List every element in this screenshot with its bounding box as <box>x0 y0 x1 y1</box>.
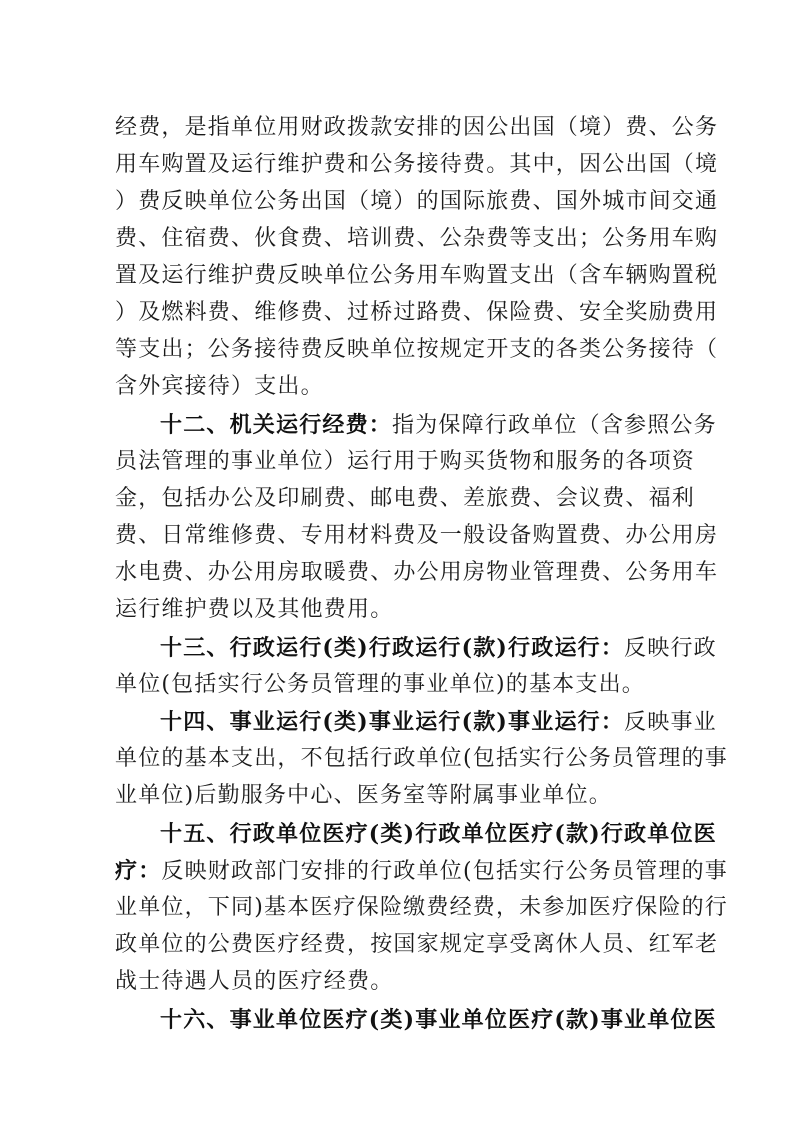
text-line: 业单位)后勤服务中心、医务室等附属事业单位。 <box>115 781 690 811</box>
text-line: 水电费、办公用房取暖费、办公用房物业管理费、公务用车 <box>115 558 690 588</box>
paragraph-first-line: 十三、行政运行(类)行政运行(款)行政运行：反映行政 <box>160 633 690 664</box>
text-line: 员法管理的事业单位）运行用于购买货物和服务的各项资 <box>115 447 690 477</box>
text-line: 疗：反映财政部门安排的行政单位(包括实行公务员管理的事 <box>115 856 690 887</box>
section-heading: 十六、事业单位医疗(类)事业单位医疗(款)事业单位医 <box>160 1007 717 1033</box>
document-page: 经费，是指单位用财政拨款安排的因公出国（境）费、公务 用车购置及运行维护费和公务… <box>0 0 793 1122</box>
text-line: ）及燃料费、维修费、过桥过路费、保险费、安全奖励费用 <box>115 298 690 328</box>
text-line: 经费，是指单位用财政拨款安排的因公出国（境）费、公务 <box>115 113 690 143</box>
text-line: 业单位，下同)基本医疗保险缴费经费，未参加医疗保险的行 <box>115 893 690 923</box>
text-line: 战士待遇人员的医疗经费。 <box>115 967 690 997</box>
text-line: 费、日常维修费、专用材料费及一般设备购置费、办公用房 <box>115 521 690 551</box>
paragraph-first-line: 十二、机关运行经费：指为保障行政单位（含参照公务 <box>160 410 690 441</box>
text-line: 含外宾接待）支出。 <box>115 372 690 402</box>
text-line: 政单位的公费医疗经费，按国家规定享受离休人员、红军老 <box>115 930 690 960</box>
text-line: 金，包括办公及印刷费、邮电费、差旅费、会议费、福利 <box>115 484 690 514</box>
text-line: 单位的基本支出，不包括行政单位(包括实行公务员管理的事 <box>115 744 690 774</box>
section-heading-continued: 疗： <box>115 858 161 884</box>
text-line: 等支出；公务接待费反映单位按规定开支的各类公务接待（ <box>115 335 690 365</box>
section-heading: 十三、行政运行(类)行政运行(款)行政运行： <box>160 635 624 661</box>
text-line: 单位(包括实行公务员管理的事业单位)的基本支出。 <box>115 670 690 700</box>
text-line: 运行维护费以及其他费用。 <box>115 595 690 625</box>
text-line: 费、住宿费、伙食费、培训费、公杂费等支出；公务用车购 <box>115 224 690 254</box>
text-span: 反映事业 <box>624 710 717 735</box>
text-line: ）费反映单位公务出国（境）的国际旅费、国外城市间交通 <box>115 187 690 217</box>
text-span: 指为保障行政单位（含参照公务 <box>392 413 717 438</box>
paragraph-first-line: 十四、事业运行(类)事业运行(款)事业运行：反映事业 <box>160 707 690 738</box>
text-span: 反映财政部门安排的行政单位(包括实行公务员管理的事 <box>161 859 728 884</box>
section-heading: 十二、机关运行经费： <box>160 412 392 438</box>
paragraph-first-line: 十五、行政单位医疗(类)行政单位医疗(款)行政单位医 <box>160 819 690 850</box>
section-heading: 十五、行政单位医疗(类)行政单位医疗(款)行政单位医 <box>160 821 717 847</box>
paragraph-first-line: 十六、事业单位医疗(类)事业单位医疗(款)事业单位医 <box>160 1005 690 1036</box>
text-span: 反映行政 <box>624 636 717 661</box>
text-line: 置及运行维护费反映单位公务用车购置支出（含车辆购置税 <box>115 261 690 291</box>
text-line: 用车购置及运行维护费和公务接待费。其中，因公出国（境 <box>115 150 690 180</box>
section-heading: 十四、事业运行(类)事业运行(款)事业运行： <box>160 709 624 735</box>
